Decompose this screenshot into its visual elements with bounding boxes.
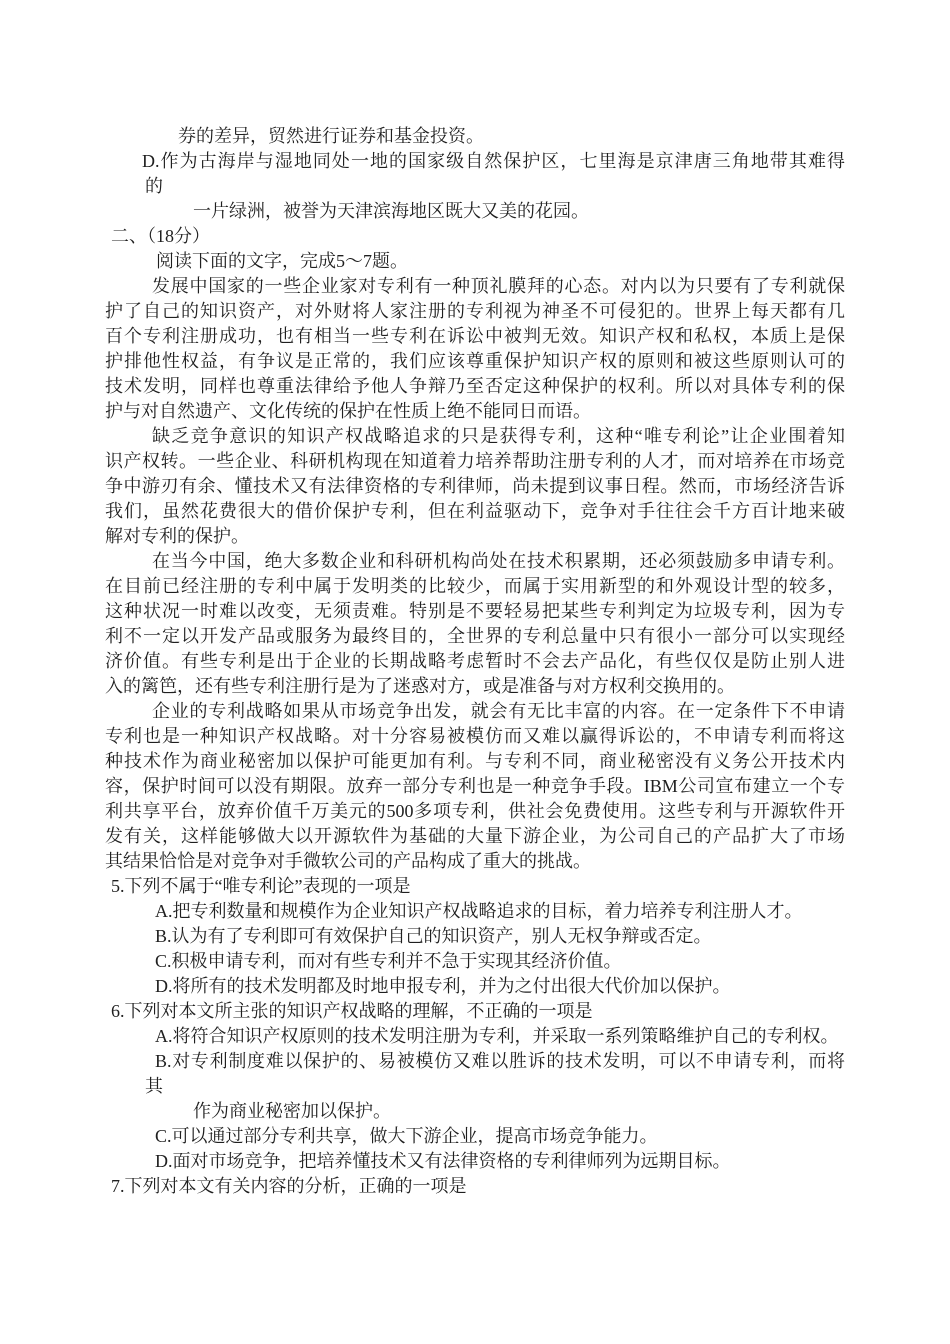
body-line: 入的篱笆，还有些专利注册行是为了迷惑对方，或是准备与对方权利交换用的。 xyxy=(105,674,845,699)
option-continuation-line: 券的差异，贸然进行证券和基金投资。 xyxy=(105,124,845,149)
option-line: D.面对市场竞争，把培养懂技术又有法律资格的专利律师列为远期目标。 xyxy=(105,1149,845,1174)
body-line: 技术发明，同样也尊重法律给予他人争辩乃至否定这种保护的权利。所以对具体专利的保 xyxy=(105,374,845,399)
option-continuation-line: 的 xyxy=(105,174,845,199)
body-line: 解对专利的保护。 xyxy=(105,524,845,549)
question-line: 7.下列对本文有关内容的分析，正确的一项是 xyxy=(105,1174,845,1199)
body-line: 护排他性权益，有争议是正常的，我们应该尊重保护知识产权的原则和被这些原则认可的 xyxy=(105,349,845,374)
option-line: C.积极申请专利，而对有些专利并不急于实现其经济价值。 xyxy=(105,949,845,974)
body-line: 利共享平台，放弃价值千万美元的500多项专利，供社会免费使用。这些专利与开源软件… xyxy=(105,799,845,824)
body-line: 在目前已经注册的专利中属于发明类的比较少，而属于实用新型的和外观设计型的较多， xyxy=(105,574,845,599)
body-line: 企业的专利战略如果从市场竞争出发，就会有无比丰富的内容。在一定条件下不申请 xyxy=(105,699,845,724)
option-continuation-line: 其 xyxy=(105,1074,845,1099)
option-line: C.可以通过部分专利共享，做大下游企业，提高市场竞争能力。 xyxy=(105,1124,845,1149)
option-line: D.作为古海岸与湿地同处一地的国家级自然保护区，七里海是京津唐三角地带其难得 xyxy=(105,149,845,174)
body-line: 发有关，这样能够做大以开源软件为基础的大量下游企业，为公司自己的产品扩大了市场 xyxy=(105,824,845,849)
body-line: 发展中国家的一些企业家对专利有一种顶礼膜拜的心态。对内以为只要有了专利就保 xyxy=(105,274,845,299)
body-line: 容，保护时间可以没有期限。放弃一部分专利也是一种竞争手段。IBM公司宣布建立一个… xyxy=(105,774,845,799)
question-line: 6.下列对本文所主张的知识产权战略的理解，不正确的一项是 xyxy=(105,999,845,1024)
document-text: 券的差异，贸然进行证券和基金投资。D.作为古海岸与湿地同处一地的国家级自然保护区… xyxy=(105,124,845,1199)
question-line: 5.下列不属于“唯专利论”表现的一项是 xyxy=(105,874,845,899)
option-continuation-line: 作为商业秘密加以保护。 xyxy=(105,1099,845,1124)
option-line: B.认为有了专利即可有效保护自己的知识资产，别人无权争辩或否定。 xyxy=(105,924,845,949)
section-heading-line: 二、（18分） xyxy=(105,224,845,249)
body-line: 争中游刃有余、懂技术又有法律资格的专利律师，尚未提到议事日程。然而，市场经济告诉 xyxy=(105,474,845,499)
instruction-line: 阅读下面的文字，完成5～7题。 xyxy=(105,249,845,274)
body-line: 识产权转。一些企业、科研机构现在知道着力培养帮助注册专利的人才，而对培养在市场竞 xyxy=(105,449,845,474)
body-line: 百个专利注册成功，也有相当一些专利在诉讼中被判无效。知识产权和私权，本质上是保 xyxy=(105,324,845,349)
option-continuation-line: 一片绿洲，被誉为天津滨海地区既大又美的花园。 xyxy=(105,199,845,224)
body-line: 利不一定以开发产品或服务为最终目的，全世界的专利总量中只有很小一部分可以实现经 xyxy=(105,624,845,649)
body-line: 在当今中国，绝大多数企业和科研机构尚处在技术积累期，还必须鼓励多申请专利。 xyxy=(105,549,845,574)
document-page: 券的差异，贸然进行证券和基金投资。D.作为古海岸与湿地同处一地的国家级自然保护区… xyxy=(0,0,950,1344)
option-line: D.将所有的技术发明都及时地申报专利，并为之付出很大代价加以保护。 xyxy=(105,974,845,999)
option-line: B.对专利制度难以保护的、易被模仿又难以胜诉的技术发明，可以不申请专利，而将 xyxy=(105,1049,845,1074)
option-line: A.把专利数量和规模作为企业知识产权战略追求的目标，着力培养专利注册人才。 xyxy=(105,899,845,924)
body-line: 我们，虽然花费很大的借价保护专利，但在利益驱动下，竞争对手往往会千方百计地来破 xyxy=(105,499,845,524)
body-line: 护与对自然遗产、文化传统的保护在性质上绝不能同日而语。 xyxy=(105,399,845,424)
body-line: 护了自己的知识资产，对外财将人家注册的专利视为神圣不可侵犯的。世界上每天都有几 xyxy=(105,299,845,324)
body-line: 这种状况一时难以改变，无须责难。特别是不要轻易把某些专利判定为垃圾专利，因为专 xyxy=(105,599,845,624)
body-line: 专利也是一种知识产权战略。对十分容易被模仿而又难以赢得诉讼的，不申请专利而将这 xyxy=(105,724,845,749)
body-line: 缺乏竞争意识的知识产权战略追求的只是获得专利，这种“唯专利论”让企业围着知 xyxy=(105,424,845,449)
option-line: A.将符合知识产权原则的技术发明注册为专利，并采取一系列策略维护自己的专利权。 xyxy=(105,1024,845,1049)
body-line: 其结果恰恰是对竞争对手微软公司的产品构成了重大的挑战。 xyxy=(105,849,845,874)
body-line: 种技术作为商业秘密加以保护可能更加有利。与专利不同，商业秘密没有义务公开技术内 xyxy=(105,749,845,774)
body-line: 济价值。有些专利是出于企业的长期战略考虑暂时不会去产品化，有些仅仅是防止别人进 xyxy=(105,649,845,674)
